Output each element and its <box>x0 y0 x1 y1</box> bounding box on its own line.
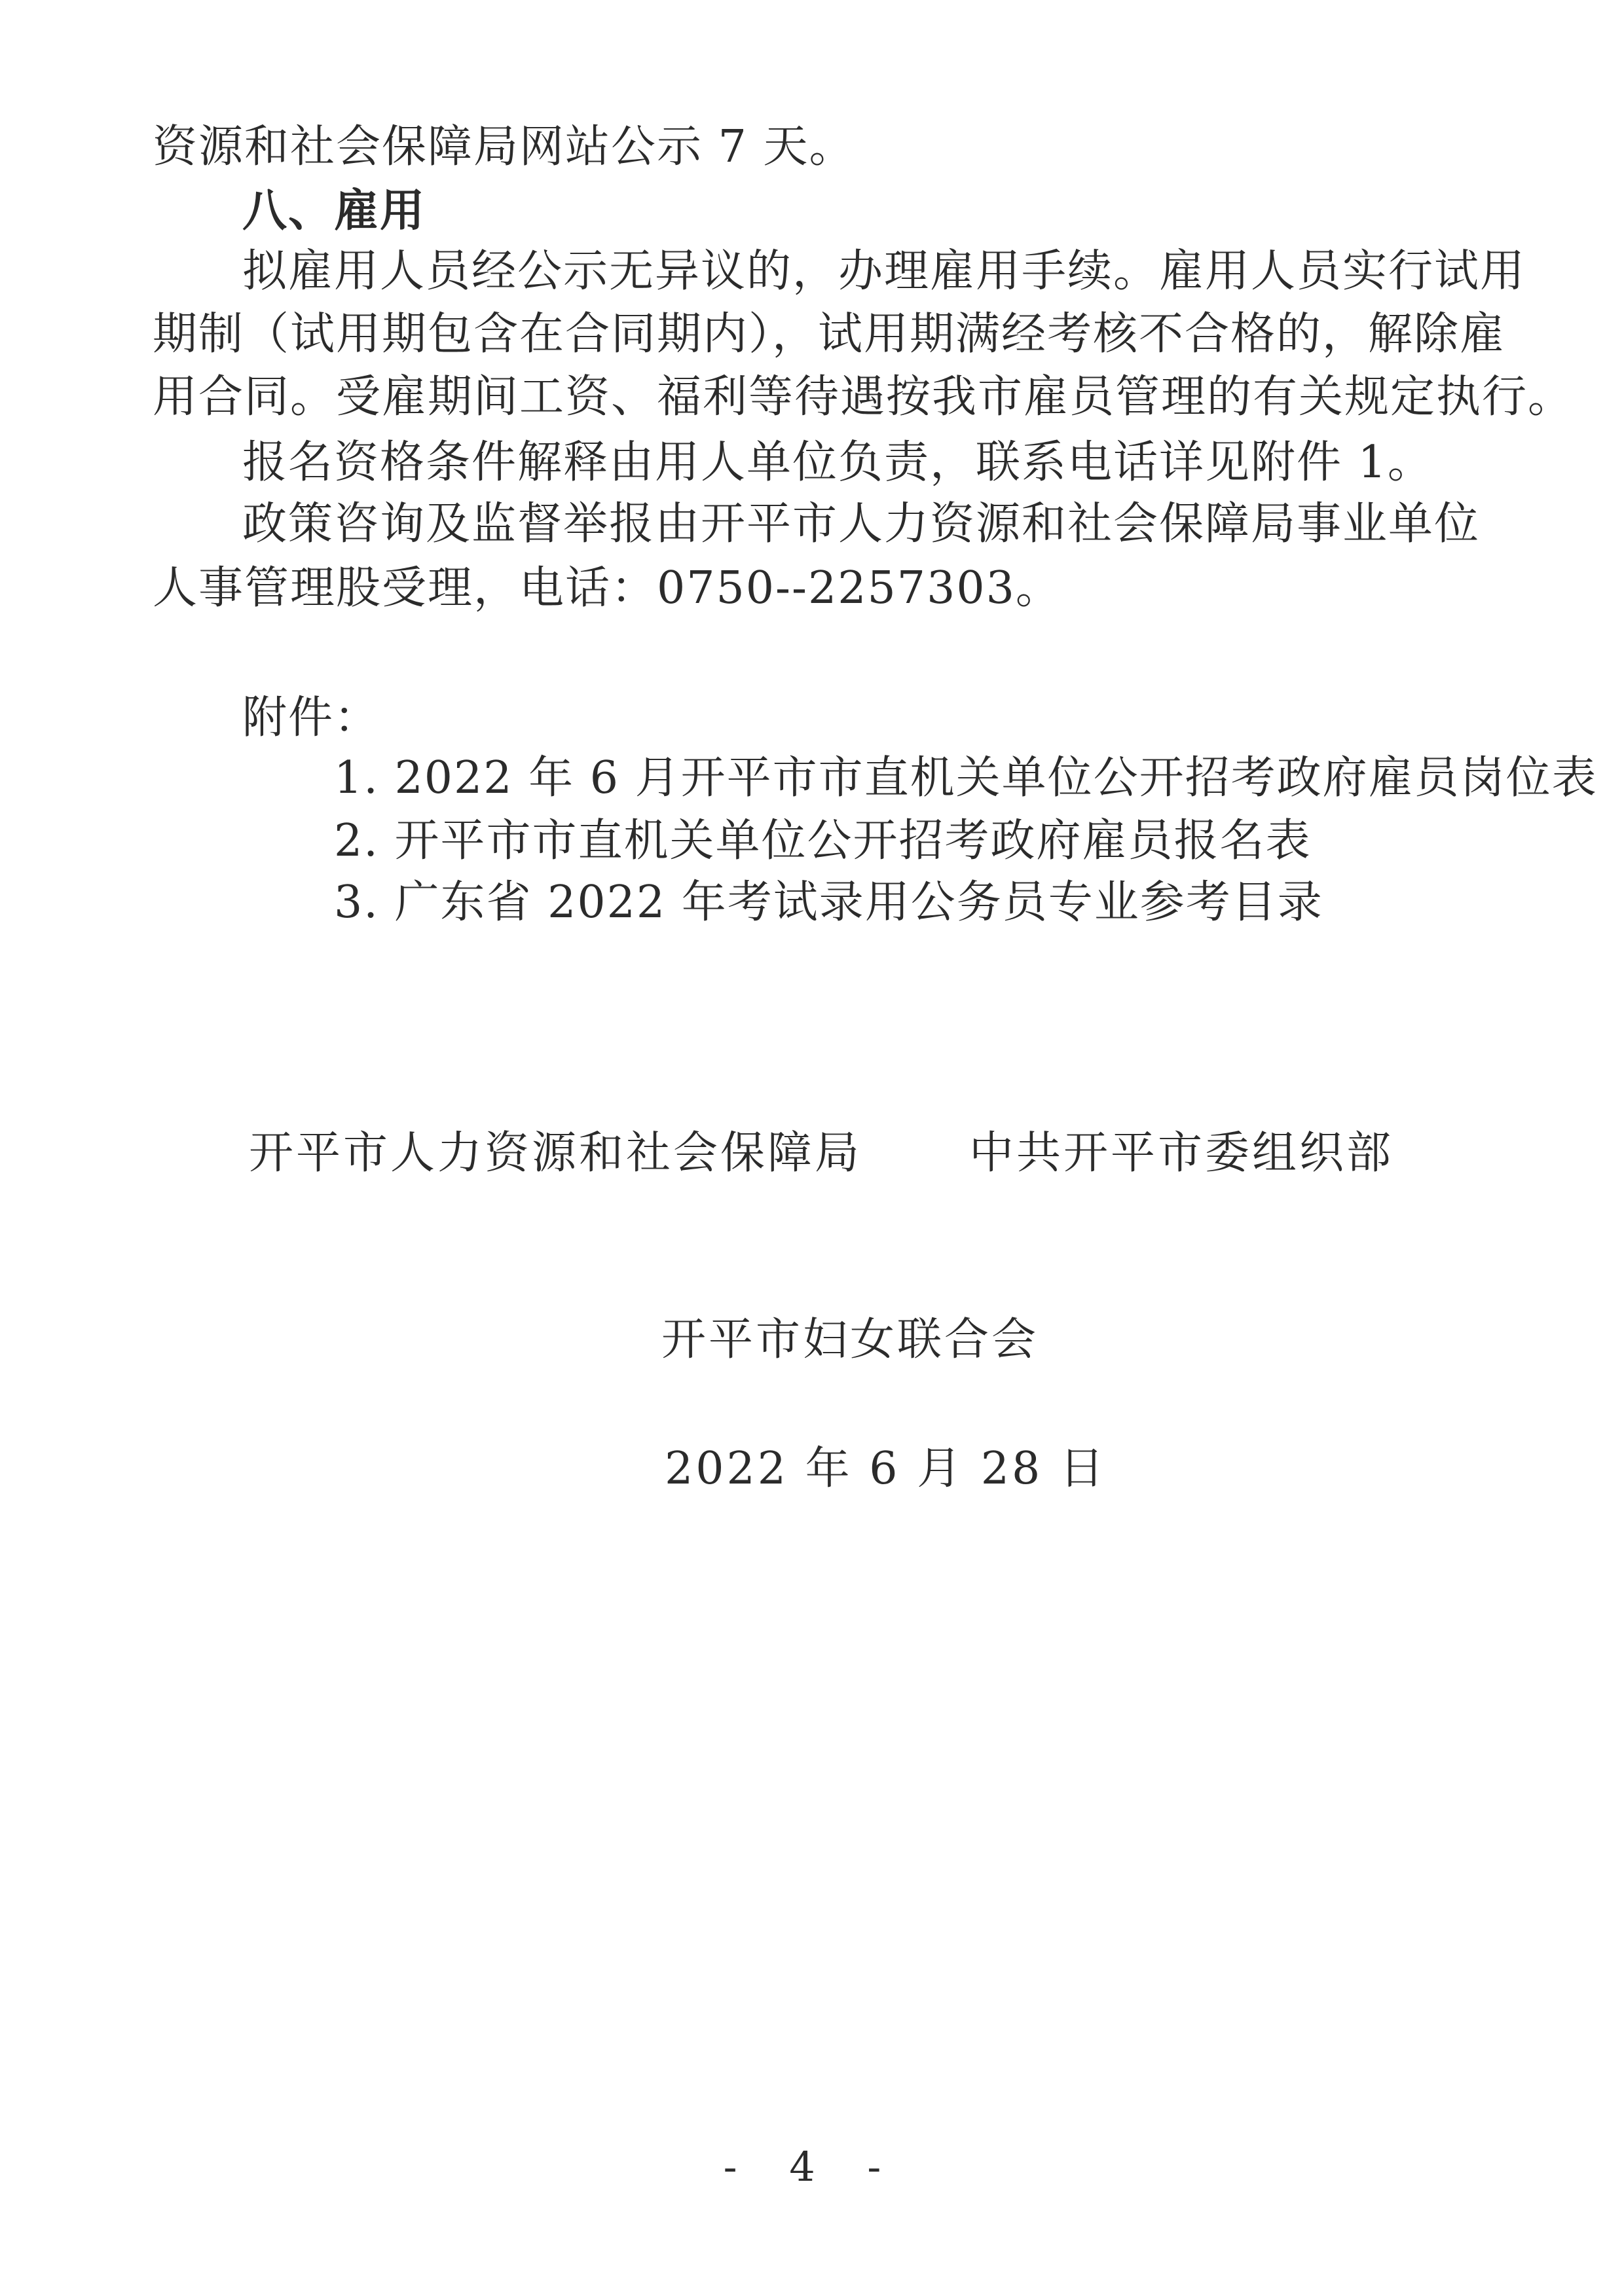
paragraph-consultation-line-1: 政策咨询及监督举报由开平市人力资源和社会保障局事业单位 <box>242 492 1431 556</box>
paragraph-continuation: 资源和社会保障局网站公示 7 天。 <box>153 115 1431 179</box>
attachment-item: 2. 开平市市直机关单位公开招考政府雇员报名表 <box>334 809 1612 873</box>
signatory-organization-dept: 中共开平市委组织部 <box>969 1121 1393 1186</box>
paragraph-consultation-line-2: 人事管理股受理，电话：0750--2257303。 <box>153 556 1431 621</box>
paragraph-employment-line-1: 拟雇用人员经公示无异议的，办理雇用手续。雇用人员实行试用 <box>242 240 1431 304</box>
section-heading-employment: 八、雇用 <box>242 179 1521 244</box>
document-date: 2022 年 6 月 28 日 <box>665 1437 1107 1501</box>
paragraph-employment-line-3: 用合同。受雇期间工资、福利等待遇按我市雇员管理的有关规定执行。 <box>153 365 1431 429</box>
paragraph-eligibility: 报名资格条件解释由用人单位负责，联系电话详见附件 1。 <box>242 431 1521 495</box>
attachment-item: 1. 2022 年 6 月开平市市直机关单位公开招考政府雇员岗位表 <box>334 746 1612 811</box>
signatory-womens-federation: 开平市妇女联合会 <box>661 1308 1039 1372</box>
attachment-item: 3. 广东省 2022 年考试录用公务员专业参考目录 <box>334 871 1612 935</box>
signatory-hr-bureau: 开平市人力资源和社会保障局 <box>249 1121 862 1186</box>
page-number: - 4 - <box>0 2141 1624 2193</box>
attachments-label: 附件： <box>242 686 1521 750</box>
paragraph-employment-line-2: 期制（试用期包含在合同期内），试用期满经考核不合格的，解除雇 <box>153 302 1431 367</box>
